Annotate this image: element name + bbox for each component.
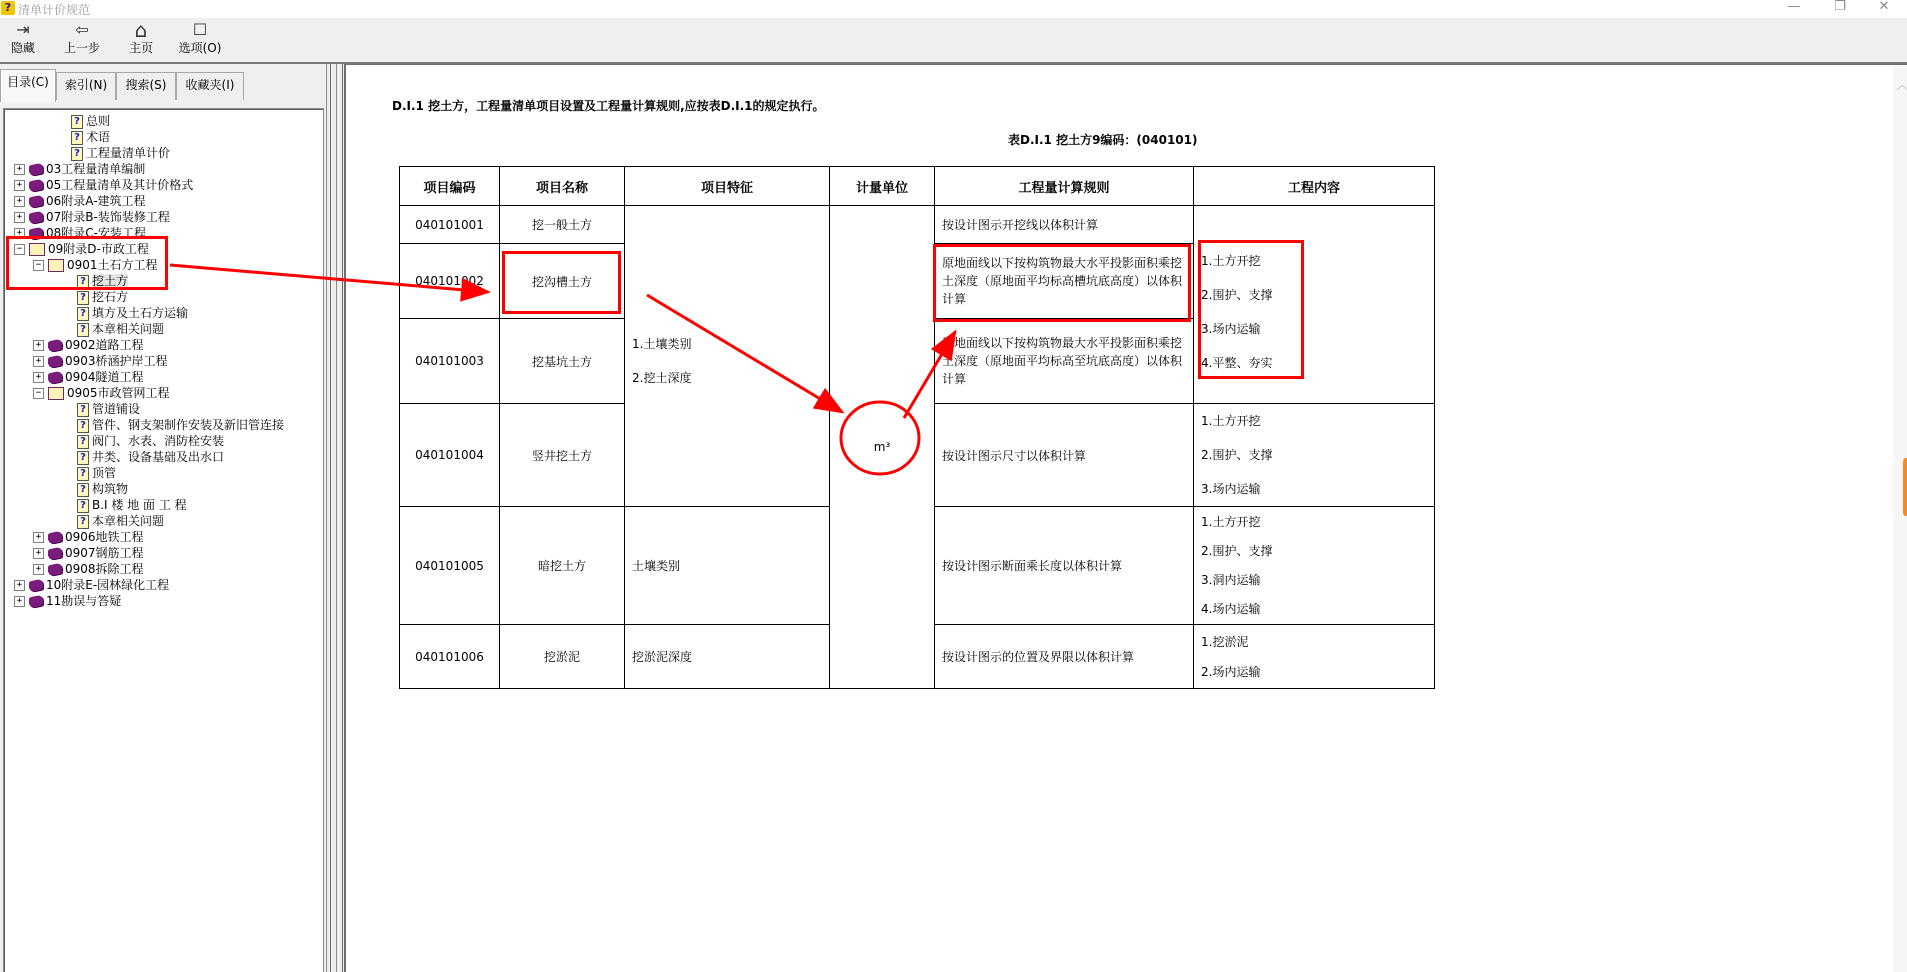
tree-item[interactable]: +06附录A-建筑工程 (29, 193, 146, 209)
restore-button[interactable]: ❐ (1817, 0, 1863, 18)
tree-item-label: 管道铺设 (92, 402, 140, 416)
expand-icon[interactable]: + (14, 164, 25, 175)
tree-item[interactable]: ?管件、钢支架制作安装及新旧管连接 (77, 417, 284, 433)
tree-item[interactable]: +03工程量清单编制 (29, 161, 145, 177)
cell-name: 暗挖土方 (500, 507, 625, 625)
help-page-icon: ? (71, 147, 83, 161)
cell-content: 1.土方开挖 2.围护、支撑 3.洞内运输 4.场内运输 (1194, 507, 1435, 625)
tab-search[interactable]: 搜索(S) (116, 72, 176, 100)
tree-item-label: 总则 (86, 114, 110, 128)
tree-item-label: 0904隧道工程 (65, 370, 144, 384)
annotation-box-tree-selection (6, 236, 168, 290)
help-page-icon: ? (77, 467, 89, 481)
home-button[interactable]: ⌂ 主页 (124, 20, 158, 60)
hide-pane-icon: ⇥ (6, 20, 40, 40)
table-header-row: 项目编码 项目名称 项目特征 计量单位 工程量计算规则 工程内容 (400, 167, 1435, 206)
tree-item-label: 07附录B-装饰装修工程 (46, 210, 170, 224)
window-title: 清单计价规范 (18, 1, 90, 18)
tree-item[interactable]: ?顶管 (77, 465, 116, 481)
tree-item[interactable]: +05工程量清单及其计价格式 (29, 177, 193, 193)
cell-code: 040101005 (400, 507, 500, 625)
tree-item-label: 本章相关问题 (92, 514, 164, 528)
closed-book-icon (29, 195, 43, 209)
cell-code: 040101003 (400, 319, 500, 404)
cell-code: 040101006 (400, 625, 500, 689)
tree-item-label: 0902道路工程 (65, 338, 144, 352)
tree-item-label: 0908拆除工程 (65, 562, 144, 576)
cell-features: 挖淤泥深度 (625, 625, 830, 689)
expand-icon[interactable]: + (14, 196, 25, 207)
table-row: 040101001 挖一般土方 1.土壤类别 2.挖土深度 m³ 按设计图示开挖… (400, 206, 1435, 244)
expand-icon[interactable]: + (14, 596, 25, 607)
cell-name: 挖基坑土方 (500, 319, 625, 404)
tab-favorites[interactable]: 收藏夹(I) (176, 72, 244, 100)
header-name: 项目名称 (500, 167, 625, 206)
back-button[interactable]: ⇦ 上一步 (60, 20, 104, 60)
tree-item[interactable]: +0907钢筋工程 (48, 545, 144, 561)
tree-item[interactable]: +11勘误与答疑 (29, 593, 121, 609)
tree-item[interactable]: −0905市政管网工程 (48, 385, 170, 401)
home-icon: ⌂ (124, 20, 158, 40)
cell-name: 挖一般土方 (500, 206, 625, 244)
tree-item[interactable]: ?井类、设备基础及出水口 (77, 449, 224, 465)
expand-icon[interactable]: + (33, 548, 44, 559)
tree-item-label: 0903桥涵护岸工程 (65, 354, 168, 368)
header-code: 项目编码 (400, 167, 500, 206)
help-page-icon: ? (77, 435, 89, 449)
table-caption: 表D.I.1 挖土方9编码：(040101) (1008, 131, 1198, 148)
tree-item-label: 术语 (86, 130, 110, 144)
cell-name: 竖井挖土方 (500, 404, 625, 507)
minimize-button[interactable]: — (1771, 0, 1817, 18)
cell-name: 挖淤泥 (500, 625, 625, 689)
closed-book-icon (48, 531, 62, 545)
cell-rule: 按设计图示尺寸以体积计算 (935, 404, 1194, 507)
tree-item-label: 03工程量清单编制 (46, 162, 145, 176)
cell-content: 1.土方开挖 2.围护、支撑 3.场内运输 (1194, 404, 1435, 507)
closed-book-icon (48, 355, 62, 369)
cell-rule: 按设计图示开挖线以体积计算 (935, 206, 1194, 244)
tree-item-label: 本章相关问题 (92, 322, 164, 336)
cell-rule: 原地面线以下按构筑物最大水平投影面积乘挖土深度（原地面平均标高至坑底高度）以体积… (935, 319, 1194, 404)
help-page-icon: ? (77, 499, 89, 513)
expand-icon[interactable]: + (14, 580, 25, 591)
closed-book-icon (48, 339, 62, 353)
pane-splitter[interactable] (326, 64, 344, 972)
tree-item[interactable]: ?阀门、水表、消防栓安装 (77, 433, 224, 449)
collapse-icon[interactable]: − (33, 388, 44, 399)
tree-item[interactable]: ?总则 (71, 113, 110, 129)
expand-icon[interactable]: + (33, 356, 44, 367)
tree-item-label: 06附录A-建筑工程 (46, 194, 146, 208)
header-features: 项目特征 (625, 167, 830, 206)
tree-item-label: 填方及土石方运输 (92, 306, 188, 320)
tree-item[interactable]: +0906地铁工程 (48, 529, 144, 545)
scroll-up-arrow-icon[interactable]: ︿ (1896, 76, 1907, 93)
options-icon: ☐ (176, 20, 224, 40)
help-page-icon: ? (71, 131, 83, 145)
tree-item-label: 11勘误与答疑 (46, 594, 121, 608)
tree-item[interactable]: +10附录E-园林绿化工程 (29, 577, 169, 593)
tree-item[interactable]: ?填方及土石方运输 (77, 305, 188, 321)
tree-item-label: 阀门、水表、消防栓安装 (92, 434, 224, 448)
tree-item-label: 0906地铁工程 (65, 530, 144, 544)
help-page-icon: ? (77, 307, 89, 321)
tree-item[interactable]: +0903桥涵护岸工程 (48, 353, 168, 369)
help-page-icon: ? (77, 451, 89, 465)
tree-item-label: 管件、钢支架制作安装及新旧管连接 (92, 418, 284, 432)
expand-icon[interactable]: + (33, 340, 44, 351)
help-page-icon: ? (77, 483, 89, 497)
tree-item[interactable]: +07附录B-装饰装修工程 (29, 209, 170, 225)
cell-rule: 按设计图示的位置及界限以体积计算 (935, 625, 1194, 689)
cell-code: 040101004 (400, 404, 500, 507)
tree-item[interactable]: ?构筑物 (77, 481, 128, 497)
header-unit: 计量单位 (830, 167, 935, 206)
tree-item-label: 顶管 (92, 466, 116, 480)
tree-item-label: 10附录E-园林绿化工程 (46, 578, 169, 592)
cell-content: 1.挖淤泥 2.场内运输 (1194, 625, 1435, 689)
tree-item-label: 构筑物 (92, 482, 128, 496)
title-bar: ? 清单计价规范 — ❐ ✕ (0, 0, 1907, 18)
hide-button[interactable]: ⇥ 隐藏 (6, 20, 40, 60)
tree-item-label: 0907钢筋工程 (65, 546, 144, 560)
tree-item[interactable]: ?本章相关问题 (77, 513, 164, 529)
expand-icon[interactable]: + (14, 180, 25, 191)
closed-book-icon (29, 211, 43, 225)
toolbar: ⇥ 隐藏 ⇦ 上一步 ⌂ 主页 ☐ 选项(O) (0, 18, 1907, 64)
back-arrow-icon: ⇦ (60, 20, 104, 40)
help-page-icon: ? (71, 115, 83, 129)
tree-item[interactable]: +0908拆除工程 (48, 561, 144, 577)
tree-item-label: 0905市政管网工程 (67, 386, 170, 400)
help-page-icon: ? (77, 291, 89, 305)
side-widget-tab[interactable] (1903, 458, 1907, 516)
tree-item[interactable]: ?本章相关问题 (77, 321, 164, 337)
open-book-icon (48, 387, 64, 400)
tree-item[interactable]: ?管道铺设 (77, 401, 140, 417)
vertical-scrollbar[interactable] (1893, 66, 1907, 972)
cell-rule: 按设计图示断面乘长度以体积计算 (935, 507, 1194, 625)
closed-book-icon (48, 563, 62, 577)
cell-unit: m³ (830, 206, 935, 689)
header-rule: 工程量计算规则 (935, 167, 1194, 206)
tree-item-label: 工程量清单计价 (86, 146, 170, 160)
expand-icon[interactable]: + (33, 372, 44, 383)
annotation-box-work-content (1198, 240, 1304, 379)
help-page-icon: ? (77, 403, 89, 417)
tree-item[interactable]: ?挖石方 (77, 289, 128, 305)
help-page-icon: ? (77, 419, 89, 433)
tree-item[interactable]: +0902道路工程 (48, 337, 144, 353)
cell-code: 040101002 (400, 244, 500, 319)
tree-item[interactable]: +0904隧道工程 (48, 369, 144, 385)
section-intro: D.I.1 挖土方，工程量清单项目设置及工程量计算规则,应按表D.I.1的规定执… (392, 97, 825, 114)
closed-book-icon (48, 547, 62, 561)
tree-item-label: 05工程量清单及其计价格式 (46, 178, 193, 192)
annotation-box-item-name (502, 251, 621, 314)
closed-book-icon (29, 579, 43, 593)
expand-icon[interactable]: + (33, 532, 44, 543)
closed-book-icon (29, 179, 43, 193)
tree-item-label: 挖石方 (92, 290, 128, 304)
tree-item[interactable]: ?B.I 楼 地 面 工 程 (77, 497, 187, 513)
help-page-icon: ? (77, 323, 89, 337)
options-button[interactable]: ☐ 选项(O) (176, 20, 224, 60)
cell-code: 040101001 (400, 206, 500, 244)
navigation-pane: 目录(C) 索引(N) 搜索(S) 收藏夹(I) ?总则?术语?工程量清单计价+… (0, 64, 326, 972)
cell-features: 土壤类别 (625, 507, 830, 625)
tab-index[interactable]: 索引(N) (56, 72, 116, 100)
header-content: 工程内容 (1194, 167, 1435, 206)
tab-contents[interactable]: 目录(C) (0, 69, 56, 102)
closed-book-icon (29, 163, 43, 177)
closed-book-icon (29, 595, 43, 609)
tree-item-label: B.I 楼 地 面 工 程 (92, 498, 187, 512)
expand-icon[interactable]: + (33, 564, 44, 575)
expand-icon[interactable]: + (14, 212, 25, 223)
help-page-icon: ? (77, 515, 89, 529)
tree-item[interactable]: ?工程量清单计价 (71, 145, 170, 161)
cell-features-shared: 1.土壤类别 2.挖土深度 (625, 206, 830, 507)
closed-book-icon (48, 371, 62, 385)
tree-item-label: 井类、设备基础及出水口 (92, 450, 224, 464)
tree-item[interactable]: ?术语 (71, 129, 110, 145)
annotation-box-calc-rule (933, 244, 1191, 322)
close-button[interactable]: ✕ (1861, 0, 1907, 18)
help-app-icon: ? (1, 1, 15, 15)
